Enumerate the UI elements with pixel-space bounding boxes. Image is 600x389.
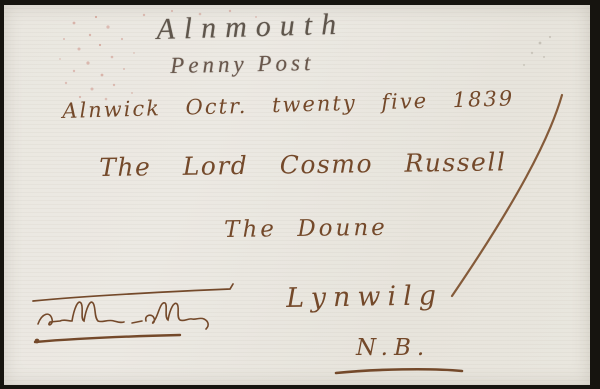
signature-rule-bottom <box>35 335 180 342</box>
handstamp-line-alnmouth: Alnmouth <box>156 8 346 47</box>
photo-background: Alnmouth Penny Post Alnwick Octr. twenty… <box>0 0 600 389</box>
charge-mark-stroke <box>452 95 562 296</box>
address-line-place: Lynwilg <box>286 280 443 314</box>
handstamp-line-pennypost: Penny Post <box>170 50 315 79</box>
sender-signature <box>38 302 208 329</box>
grey-smudge-icon <box>523 36 551 66</box>
address-line-country: N.B. <box>356 335 430 361</box>
address-line-recipient: The Lord Cosmo Russell <box>99 147 507 182</box>
address-line-house: The Doune <box>224 215 388 243</box>
signature-rule-top <box>33 284 233 301</box>
letter-paper: Alnmouth Penny Post Alnwick Octr. twenty… <box>4 5 590 385</box>
manuscript-date-line: Alnwick Octr. twenty five 1839 <box>62 86 515 123</box>
nb-underline <box>336 369 462 373</box>
